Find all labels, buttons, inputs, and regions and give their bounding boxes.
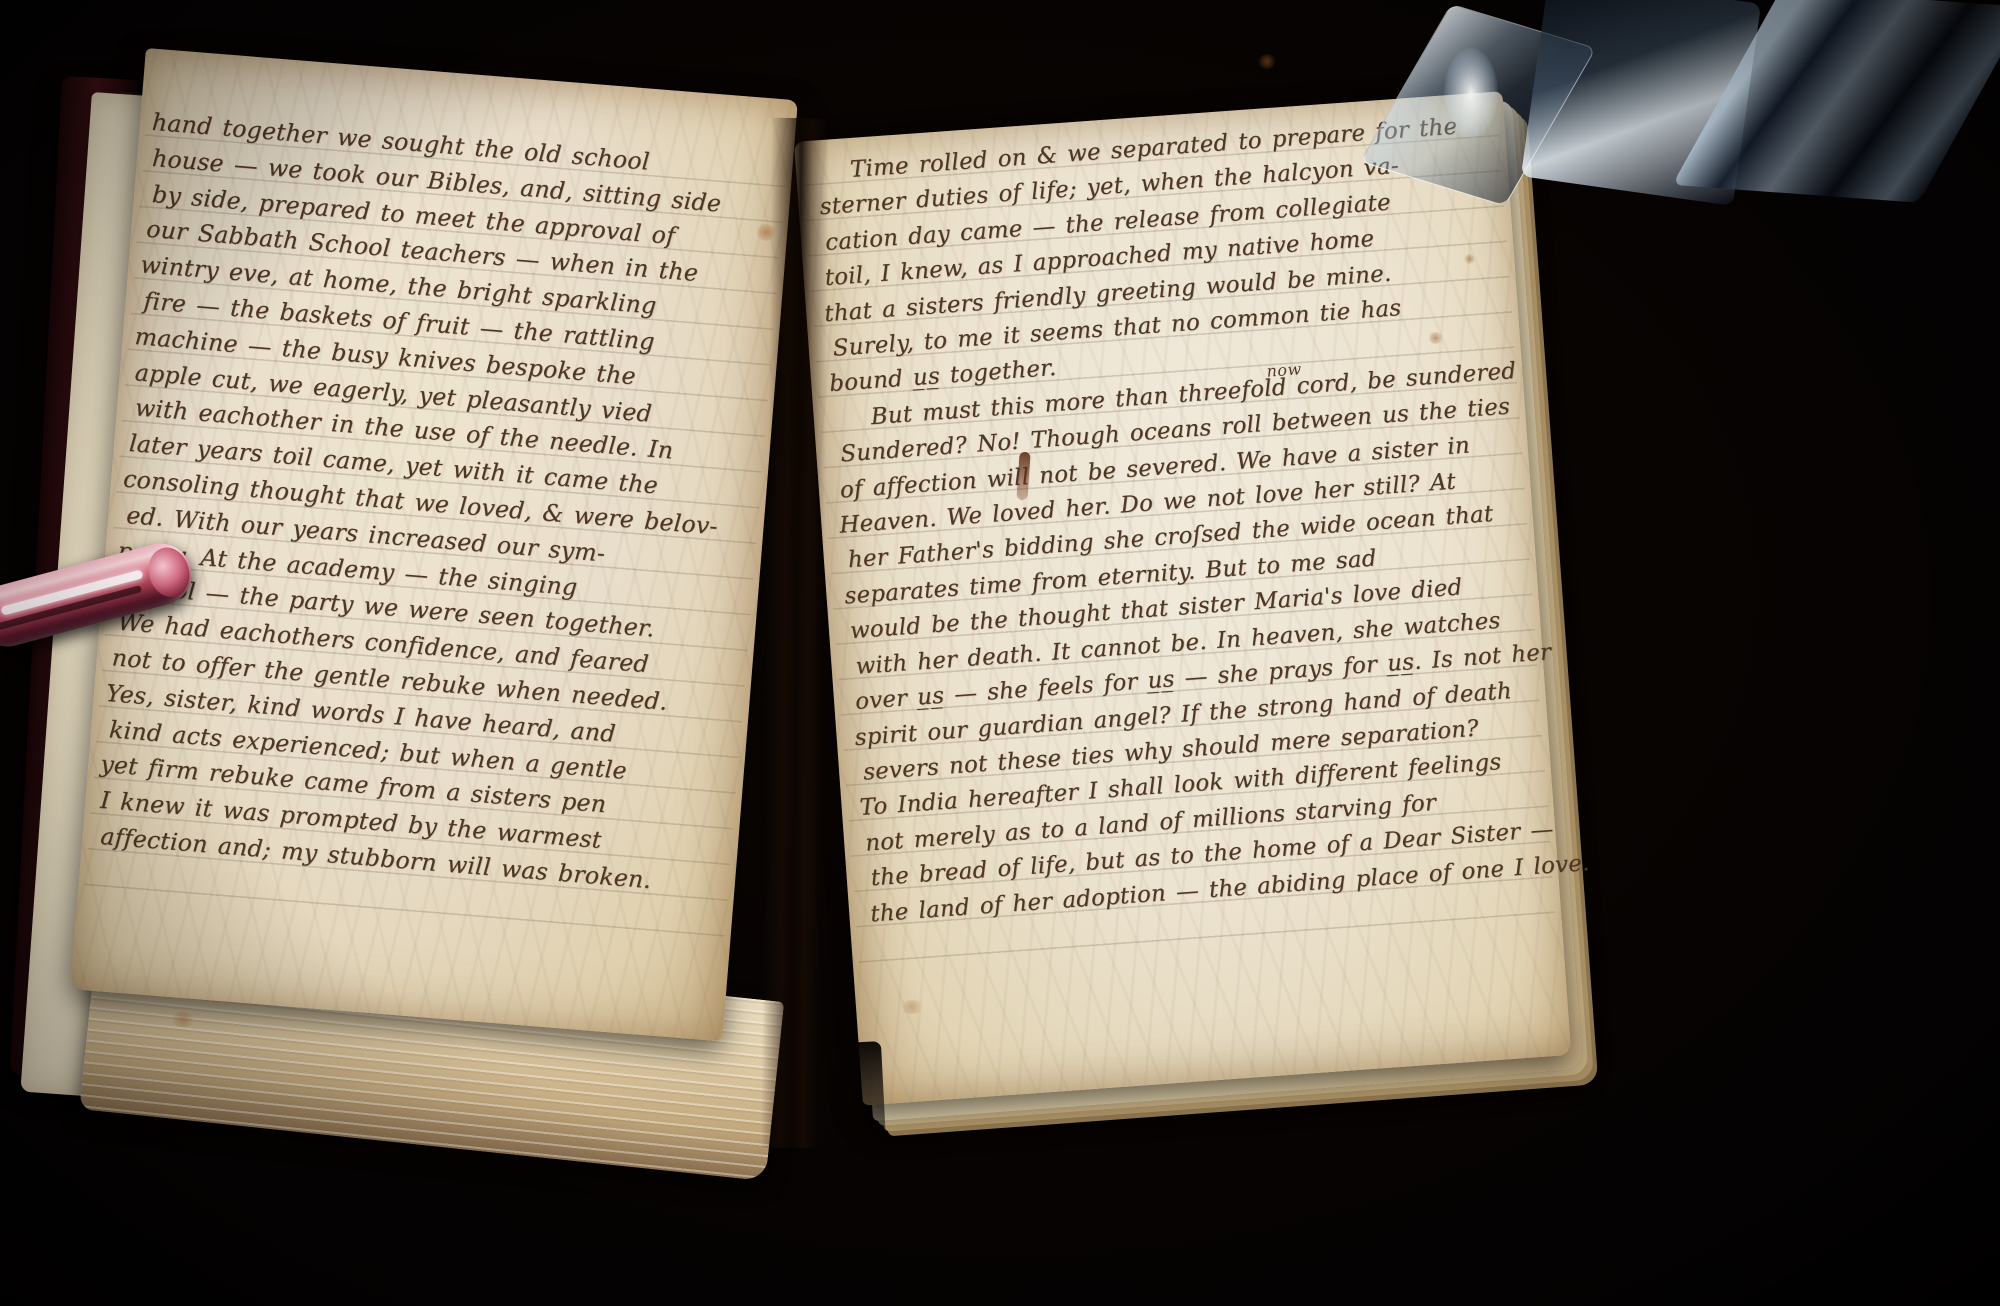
glass-highlight — [1444, 48, 1498, 138]
glass-page-holder — [1386, 0, 1996, 230]
photo-background: hand together we sought the old school h… — [0, 0, 2000, 1306]
spine-gutter-shadow — [761, 118, 830, 1149]
right-page-text: Time rolled on & we separated to prepare… — [813, 106, 1555, 932]
foxing-spot — [1258, 54, 1276, 69]
left-page: hand together we sought the old school h… — [70, 48, 798, 1041]
right-page: Time rolled on & we separated to prepare… — [794, 91, 1571, 1105]
left-page-text: hand together we sought the old school h… — [93, 105, 787, 905]
spine-bottom-notch — [843, 1041, 887, 1163]
interline-insertion-now: now — [1266, 359, 1302, 380]
